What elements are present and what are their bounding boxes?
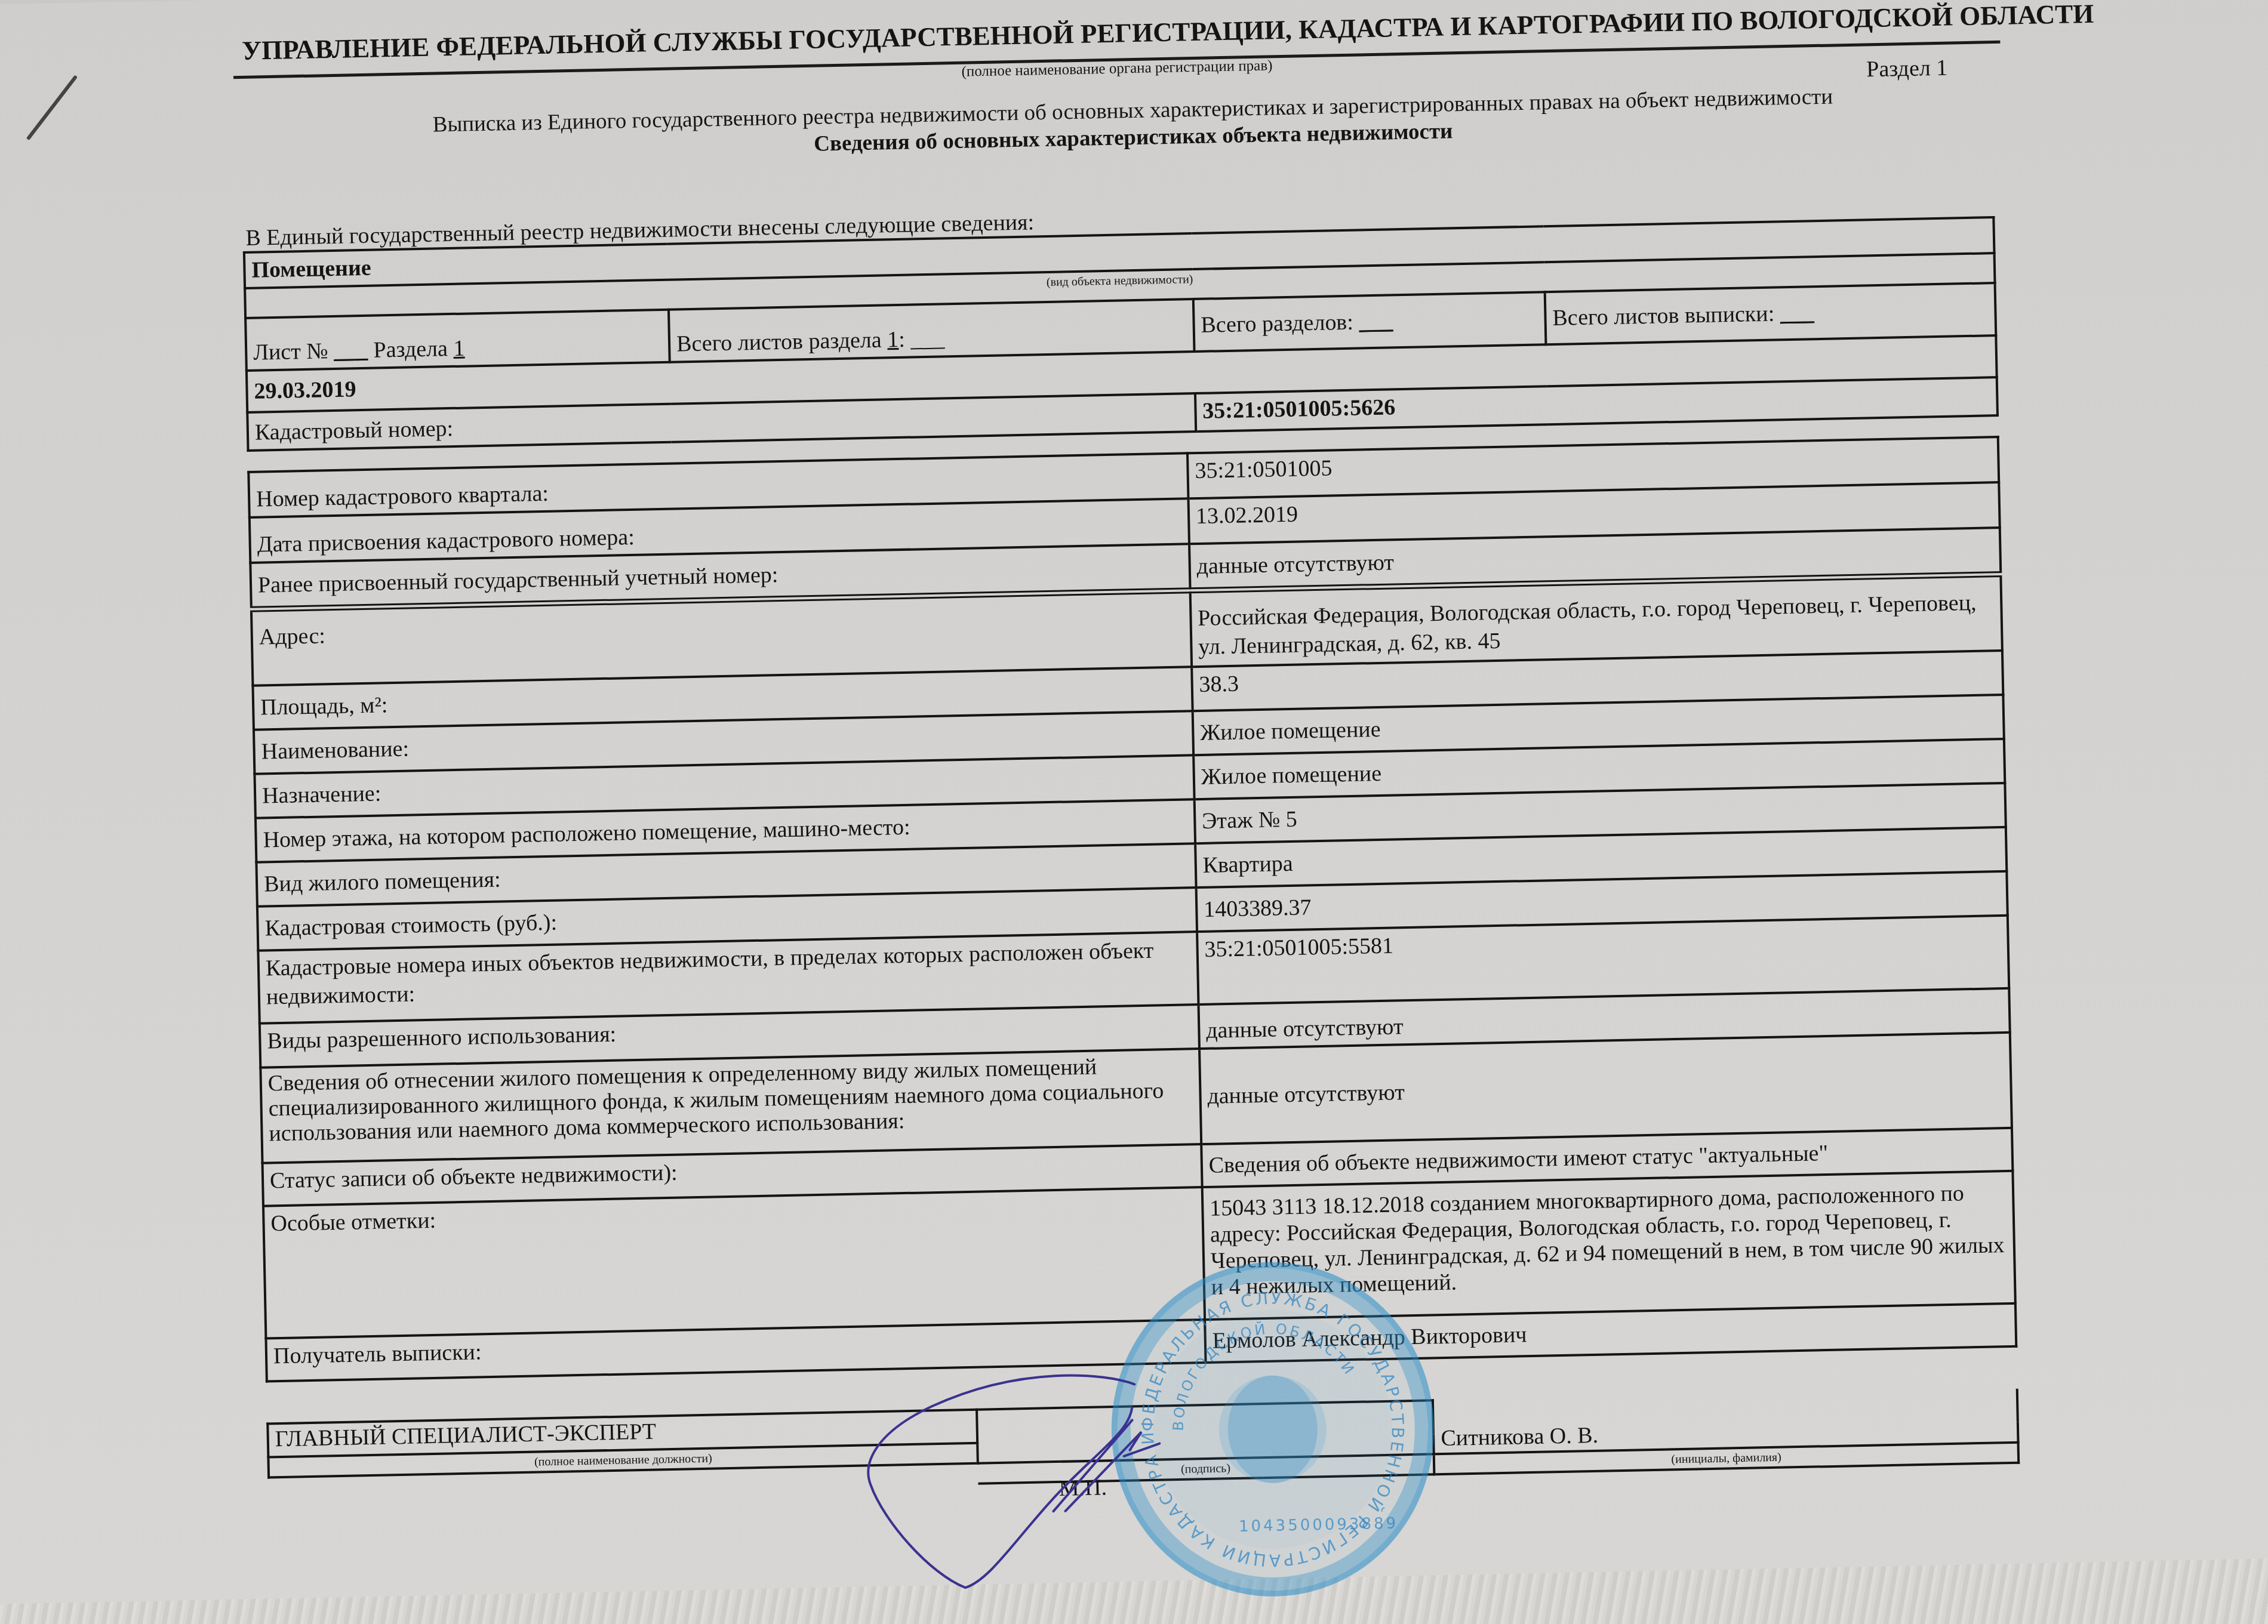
section-sheets-section: 1 bbox=[887, 327, 899, 352]
row-label: Особые отметки: bbox=[263, 1187, 1205, 1339]
signature-icon bbox=[823, 1330, 1187, 1611]
section-sheets-value: : ___ bbox=[898, 326, 945, 352]
section-label: Раздела bbox=[373, 336, 448, 362]
section-sheets-label: Всего листов раздела bbox=[676, 328, 882, 357]
header-table: Помещение (вид объекта недвижимости) Лис… bbox=[243, 216, 1999, 452]
total-sections-label: Всего разделов: bbox=[1201, 310, 1353, 338]
document-page: 1 УПРАВЛЕНИЕ ФЕДЕРАЛЬНОЙ СЛУЖБЫ ГОСУДАРС… bbox=[0, 0, 2268, 1604]
total-sheets-value: ___ bbox=[1780, 300, 1814, 326]
total-sections-value: ___ bbox=[1359, 309, 1393, 334]
seal-number: 1043500093889 bbox=[1239, 1515, 1399, 1536]
row-label: Сведения об отнесении жилого помещения к… bbox=[260, 1049, 1201, 1163]
details-table: Номер кадастрового квартала: 35:21:05010… bbox=[247, 436, 2017, 1383]
section-label: Раздел 1 bbox=[1866, 55, 1948, 83]
total-sections-cell: Всего разделов: ___ bbox=[1193, 292, 1546, 352]
total-sheets-label: Всего листов выписки: bbox=[1552, 301, 1775, 331]
pencil-mark-icon bbox=[10, 68, 95, 147]
section-value: 1 bbox=[453, 336, 465, 361]
sheet-number-cell: Лист № ___ Раздела 1 bbox=[245, 310, 670, 371]
sheet-no-label: Лист № bbox=[253, 338, 328, 365]
sheet-no-value: ___ bbox=[334, 338, 368, 363]
row-value: данные отсутствуют bbox=[1199, 1033, 2012, 1144]
total-sheets-cell: Всего листов выписки: ___ bbox=[1545, 283, 1996, 344]
